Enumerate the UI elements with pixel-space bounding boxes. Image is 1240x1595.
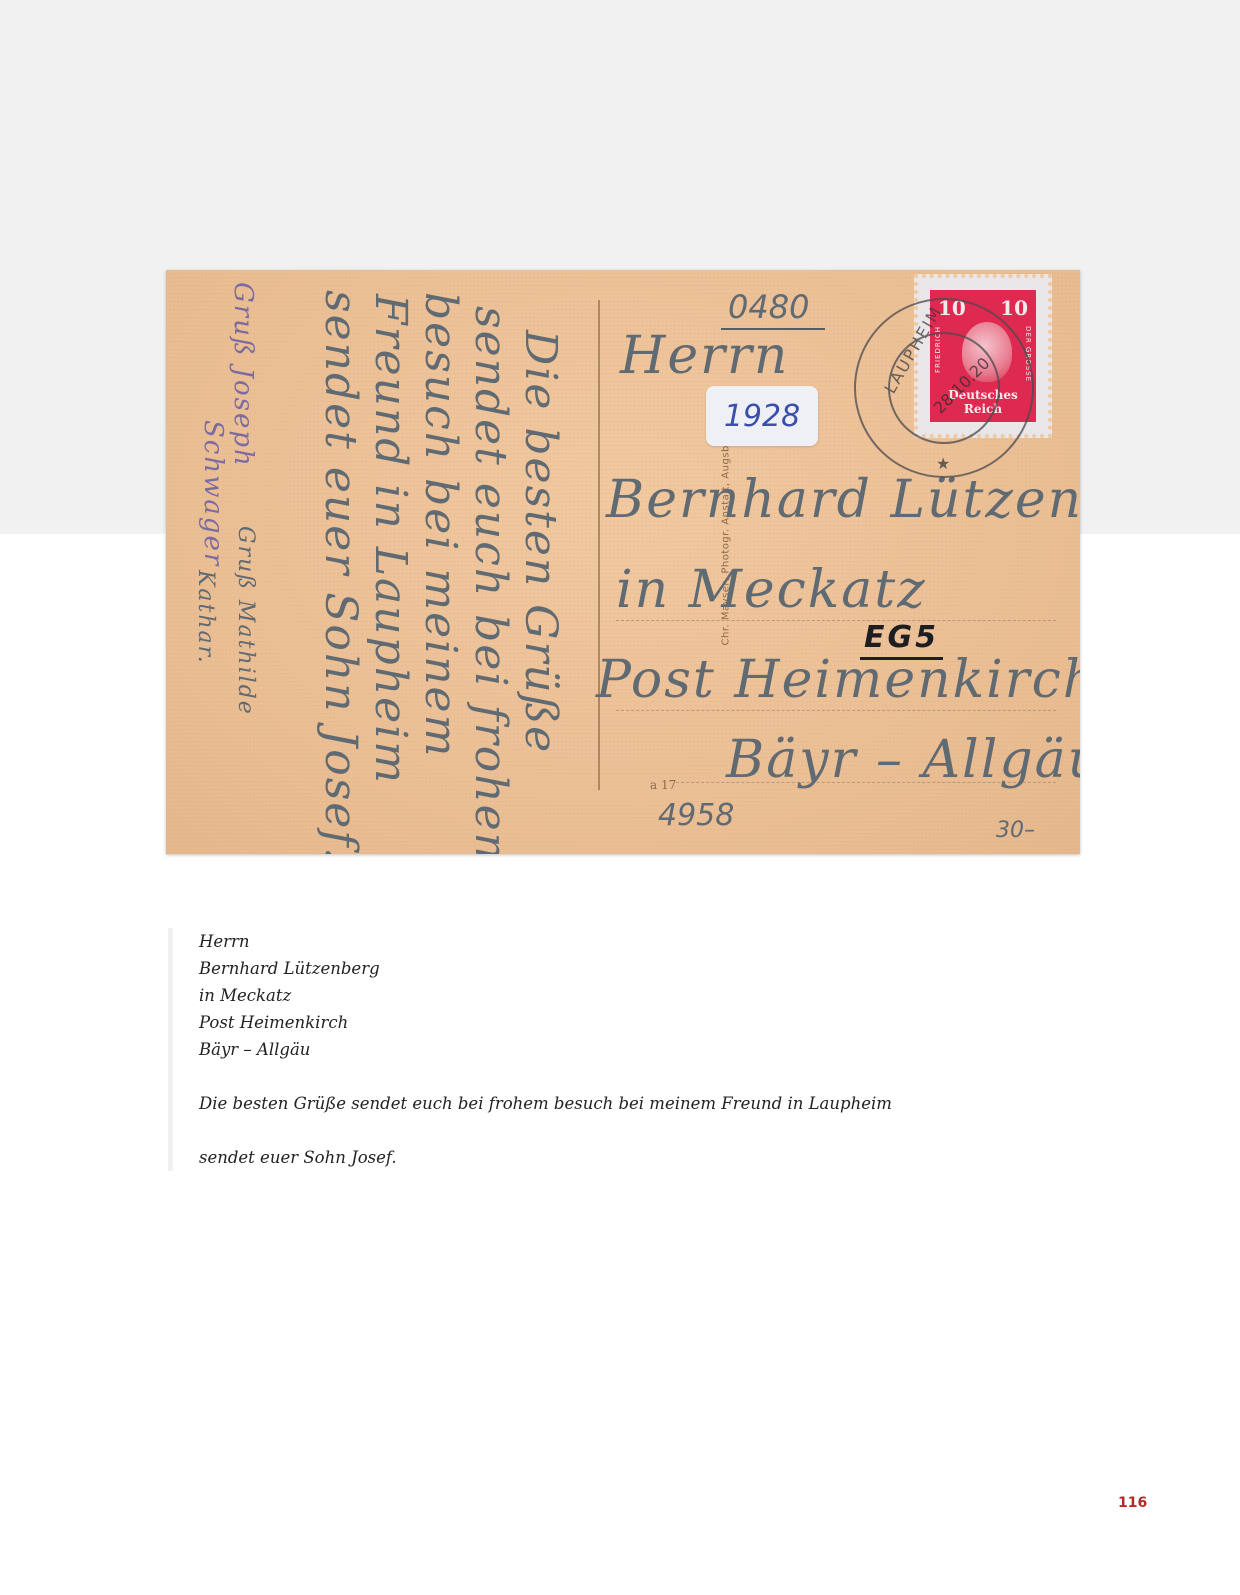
spacer [199, 1117, 1099, 1144]
transcription-address-line: Bäyr – Allgäu [199, 1036, 1099, 1063]
transcription-address-line: Herrn [199, 928, 1099, 955]
page-number: 116 [1118, 1495, 1147, 1511]
handwritten-message-line-4: Freund in Laupheim [365, 294, 416, 785]
handwritten-greeting-4: Kathar. [193, 570, 218, 665]
archive-label: 1928 [706, 386, 818, 446]
archive-label-text: 1928 [724, 399, 800, 434]
handwritten-place: in Meckatz [616, 560, 927, 620]
star-icon: ★ [936, 454, 950, 473]
handwritten-greeting-2: Schwager [198, 420, 228, 567]
pencil-number-top: 0480 [728, 288, 809, 326]
transcription-closing: sendet euer Sohn Josef. [199, 1144, 1099, 1171]
pencil-number-bottom: 4958 [658, 798, 734, 833]
handwritten-post: Post Heimenkirch [596, 650, 1080, 710]
postcard-image: Die besten Grüße sendet euch bei frohem … [166, 270, 1080, 854]
transcription-block: Herrn Bernhard Lützenberg in Meckatz Pos… [168, 928, 1099, 1171]
transcription-address-line: Post Heimenkirch [199, 1009, 1099, 1036]
handwritten-message-line-3: besuch bei meinem [415, 292, 466, 758]
transcription-message: Die besten Grüße sendet euch bei frohem … [199, 1090, 1099, 1117]
catalog-mark: a 17 [650, 778, 676, 792]
transcription-address-line: in Meckatz [199, 982, 1099, 1009]
postmark: LAUPHEIM 28.10.20 ★ [854, 298, 1034, 478]
handwritten-message-line-2: sendet euch bei frohem [465, 306, 516, 854]
postcard-divider [598, 300, 600, 790]
handwritten-message-line-1: Die besten Grüße [515, 330, 566, 754]
price-mark: 30– [996, 818, 1035, 843]
handwritten-salutation: Herrn [620, 326, 789, 386]
handwritten-name: Bernhard Lützenberg [606, 470, 1080, 530]
spacer [199, 1063, 1099, 1090]
handwritten-region: Bäyr – Allgäu [726, 730, 1080, 790]
stamp-value-right: 10 [1000, 296, 1028, 320]
handwritten-greeting-1: Gruß Joseph [228, 282, 258, 468]
handwritten-message-line-5: sendet euer Sohn Josef. [315, 290, 366, 854]
address-line-rule [616, 710, 1056, 711]
address-line-rule [616, 620, 1056, 621]
transcription-address-line: Bernhard Lützenberg [199, 955, 1099, 982]
sorting-mark: EG5 [860, 620, 943, 660]
handwritten-greeting-3: Gruß Mathilde [233, 526, 258, 716]
